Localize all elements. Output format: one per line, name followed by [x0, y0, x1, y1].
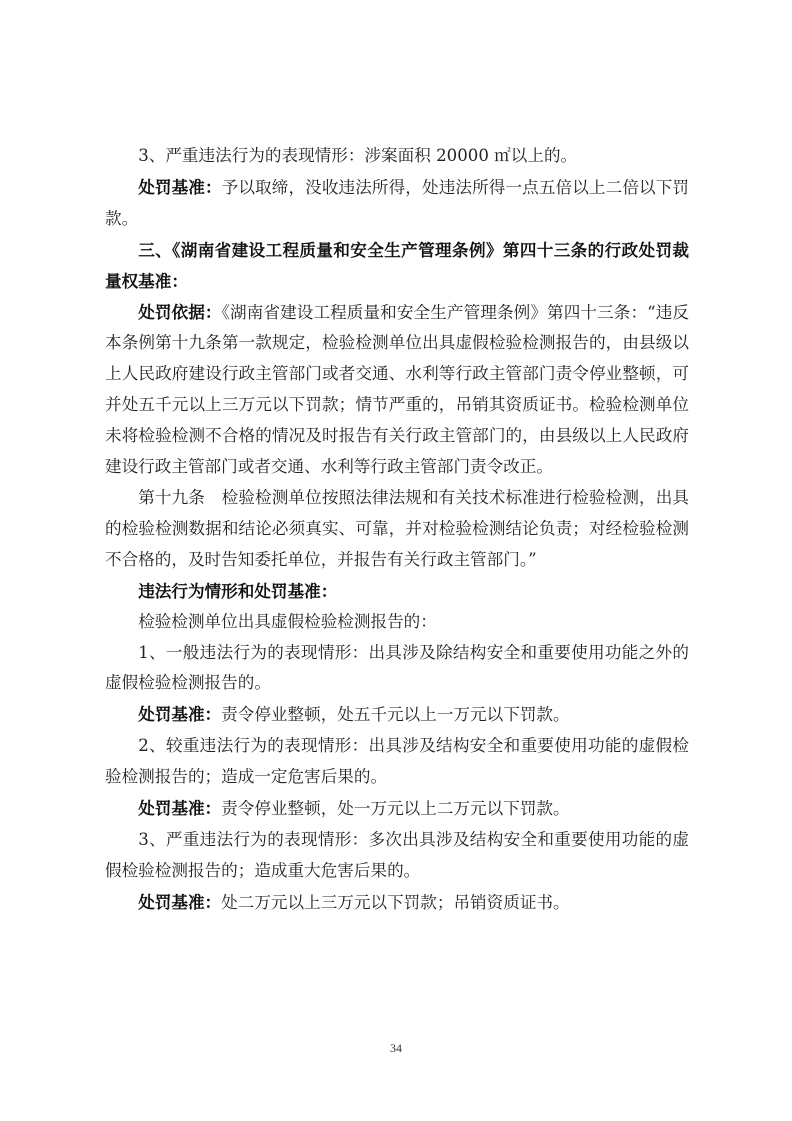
paragraph-text: 责令停业整顿，处一万元以上二万元以下罚款。	[221, 799, 569, 818]
paragraph-false-report: 检验检测单位出具虚假检验检测报告的：	[105, 607, 689, 638]
paragraph-article-19: 第十九条 检验检测单位按照法律法规和有关技术标准进行检验检测，出具的检验检测数据…	[105, 483, 689, 576]
paragraph-penalty-standard-general: 处罚基准：责令停业整顿，处五千元以上一万元以下罚款。	[105, 699, 689, 731]
paragraph-text: 2、较重违法行为的表现情形：出具涉及结构安全和重要使用功能的虚假检验检测报告的；…	[105, 736, 689, 786]
paragraph-general-violation: 1、一般违法行为的表现情形：出具涉及除结构安全和重要使用功能之外的虚假检验检测报…	[105, 638, 689, 700]
paragraph-penalty-standard: 处罚基准：予以取缔，没收违法所得，处违法所得一点五倍以上二倍以下罚款。	[105, 172, 689, 235]
paragraph-label: 处罚依据：	[138, 302, 221, 322]
paragraph-text: 处二万元以上三万元以下罚款；吊销资质证书。	[221, 893, 569, 912]
paragraph-label: 处罚基准：	[138, 892, 221, 912]
subheading-violations-and-standards: 违法行为情形和处罚基准：	[105, 576, 689, 607]
paragraph-text: 3、严重违法行为的表现情形：涉案面积 20000 ㎡以上的。	[138, 146, 577, 165]
paragraph-penalty-basis: 处罚依据：《湖南省建设工程质量和安全生产管理条例》第四十三条：“违反本条例第十九…	[105, 297, 689, 483]
paragraph-label: 处罚基准：	[138, 704, 221, 724]
paragraph-text: 责令停业整顿，处五千元以上一万元以下罚款。	[221, 705, 569, 724]
paragraph-text: 检验检测单位出具虚假检验检测报告的：	[138, 612, 437, 631]
subheading-text: 违法行为情形和处罚基准：	[138, 581, 337, 601]
page-number: 34	[0, 1041, 792, 1056]
paragraph-severe-violation: 3、严重违法行为的表现情形：多次出具涉及结构安全和重要使用功能的虚假检验检测报告…	[105, 825, 689, 887]
paragraph-label: 处罚基准：	[138, 798, 221, 818]
paragraph-text: 1、一般违法行为的表现情形：出具涉及除结构安全和重要使用功能之外的虚假检验检测报…	[105, 643, 689, 693]
paragraph-text: 3、严重违法行为的表现情形：多次出具涉及结构安全和重要使用功能的虚假检验检测报告…	[105, 830, 689, 880]
paragraph-text: 《湖南省建设工程质量和安全生产管理条例》第四十三条：“违反本条例第十九条第一款规…	[105, 303, 689, 477]
paragraph-serious-violation: 2、较重违法行为的表现情形：出具涉及结构安全和重要使用功能的虚假检验检测报告的；…	[105, 731, 689, 793]
section-heading-text: 三、《湖南省建设工程质量和安全生产管理条例》第四十三条的行政处罚裁量权基准：	[105, 240, 689, 291]
document-page-body: 3、严重违法行为的表现情形：涉案面积 20000 ㎡以上的。 处罚基准：予以取缔…	[105, 141, 689, 919]
paragraph-text: 第十九条 检验检测单位按照法律法规和有关技术标准进行检验检测，出具的检验检测数据…	[105, 488, 689, 569]
paragraph-severe-violation-area: 3、严重违法行为的表现情形：涉案面积 20000 ㎡以上的。	[105, 141, 689, 172]
paragraph-penalty-standard-severe: 处罚基准：处二万元以上三万元以下罚款；吊销资质证书。	[105, 887, 689, 919]
paragraph-label: 处罚基准：	[138, 177, 221, 197]
section-heading-article-43: 三、《湖南省建设工程质量和安全生产管理条例》第四十三条的行政处罚裁量权基准：	[105, 235, 689, 297]
paragraph-penalty-standard-serious: 处罚基准：责令停业整顿，处一万元以上二万元以下罚款。	[105, 793, 689, 825]
